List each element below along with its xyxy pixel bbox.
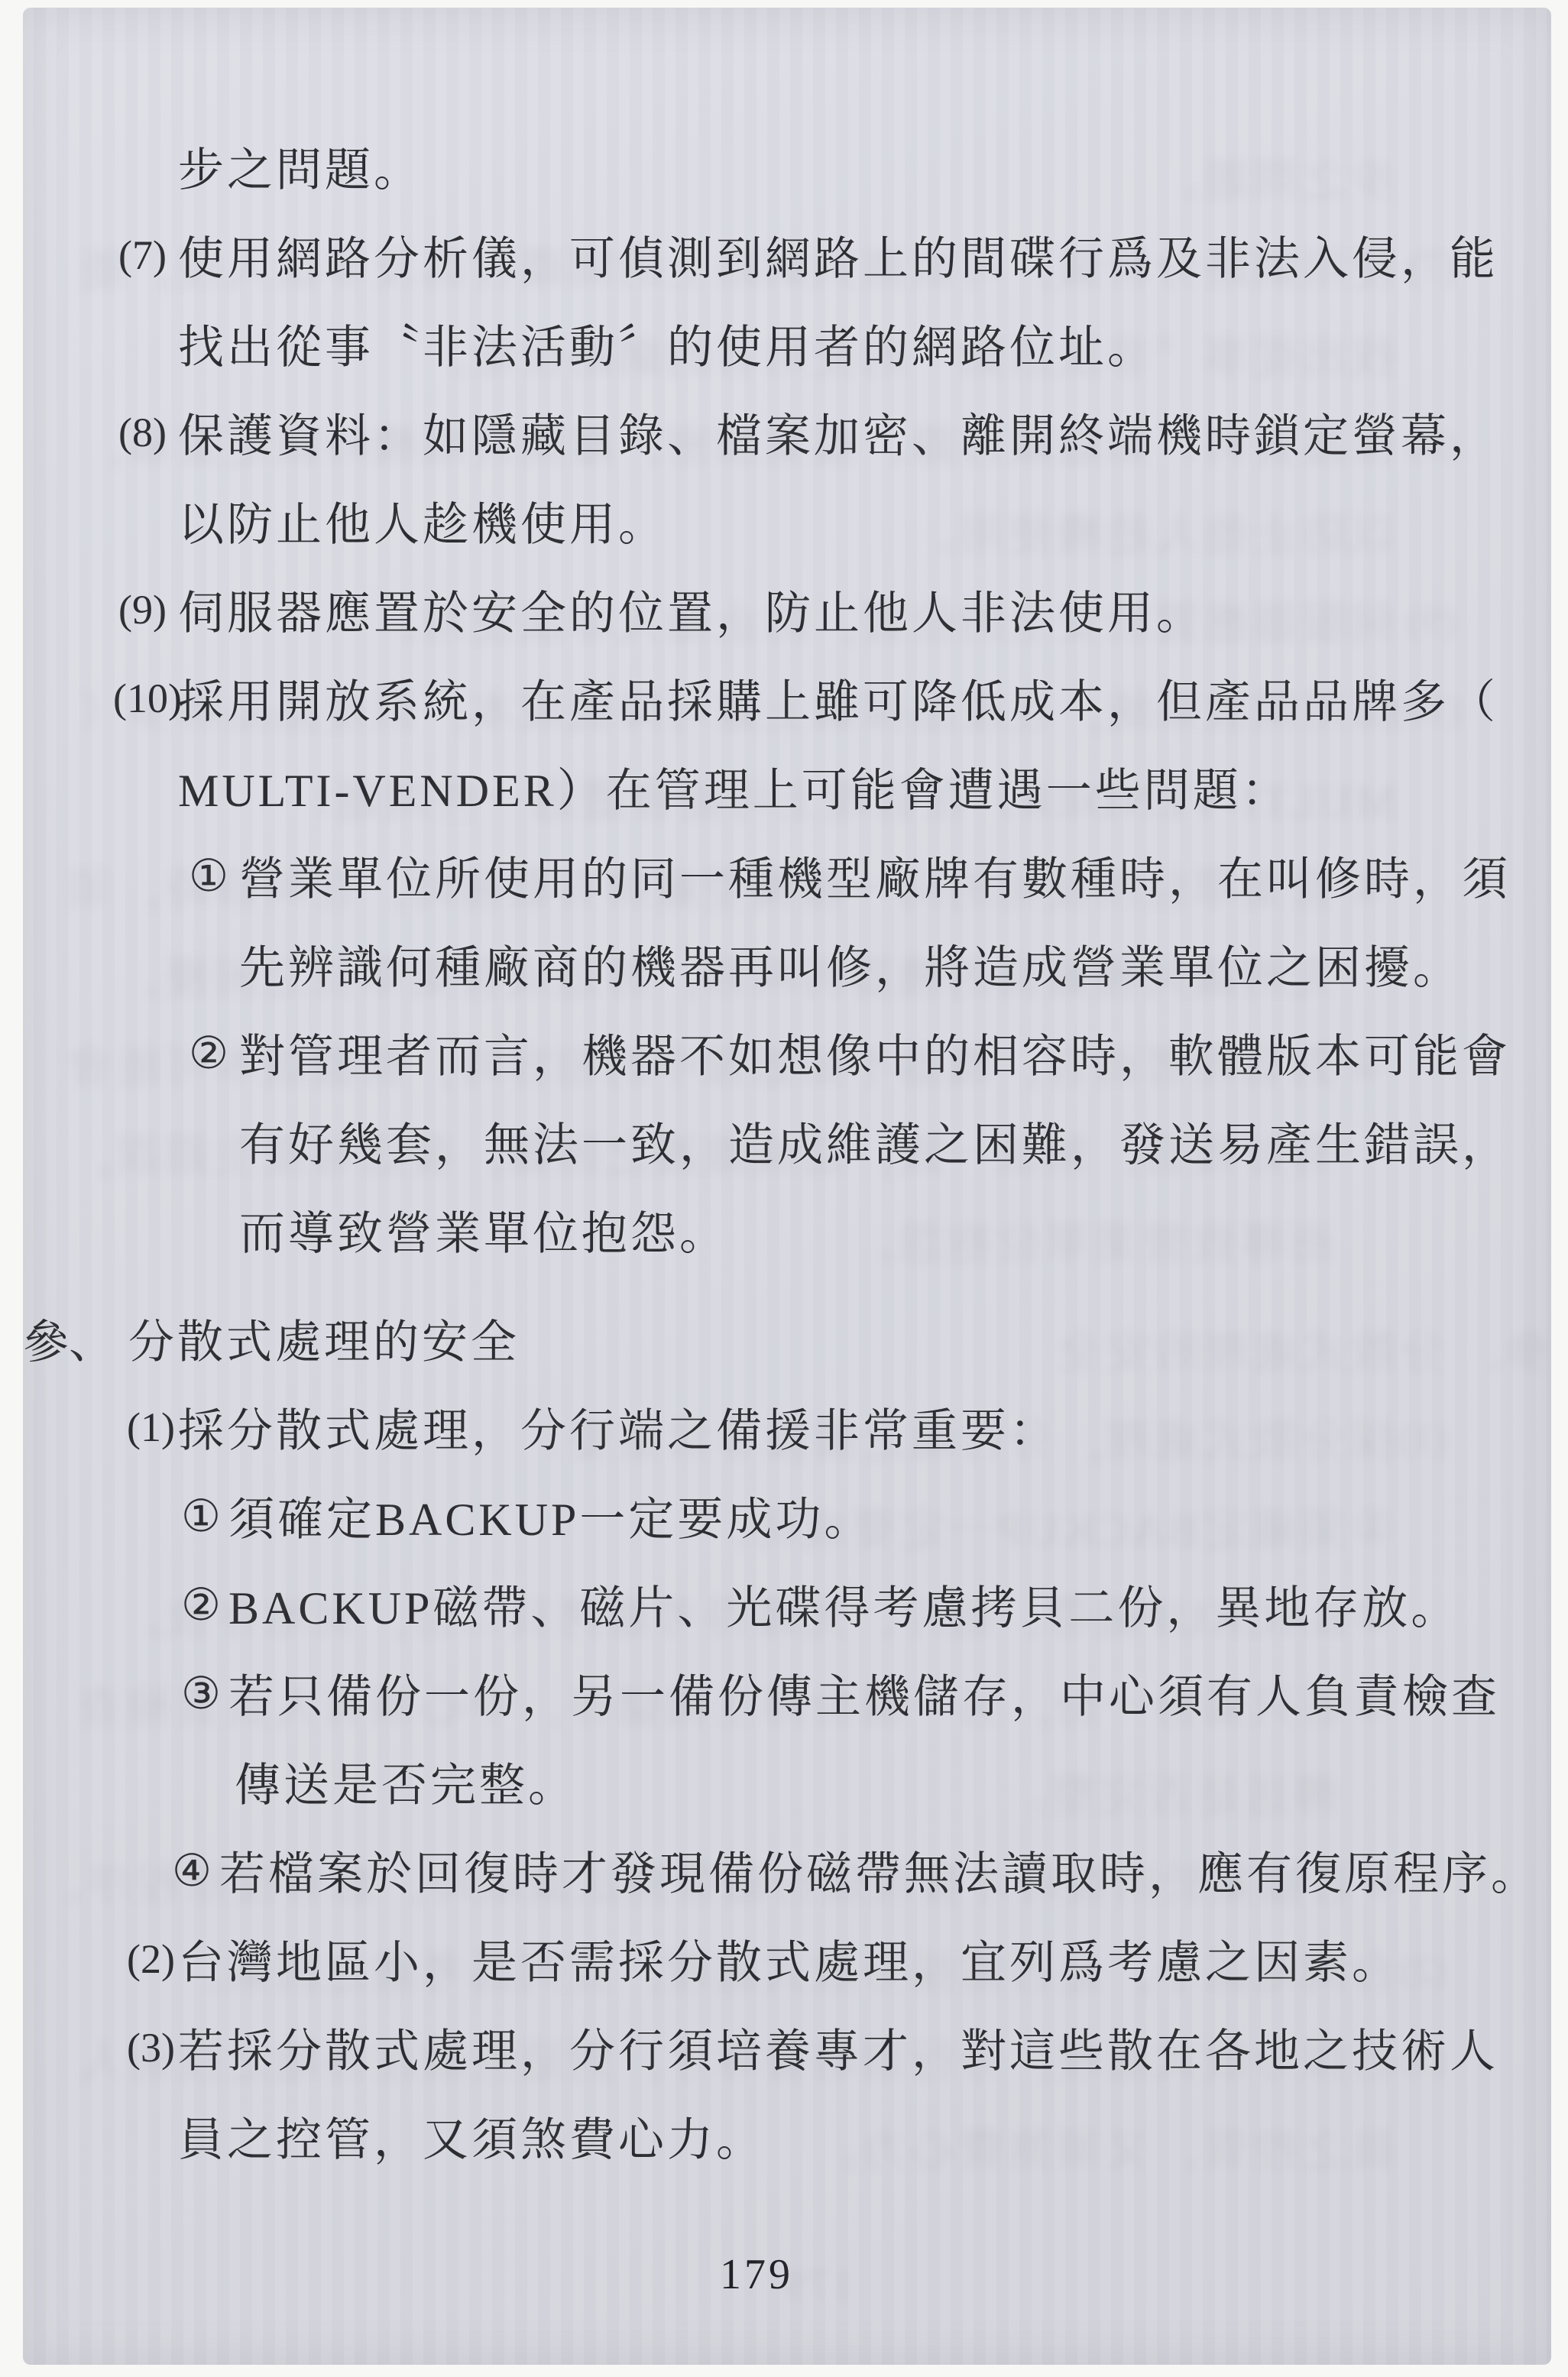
line-text: 員之控管，又須煞費心力。	[178, 2103, 765, 2169]
line-text: MULTI-VENDER）在管理上可能會遭遇一些問題：	[178, 754, 1291, 820]
text-line: ②BACKUP磁帶、磁片、光碟得考慮拷貝二份，異地存放。	[23, 1560, 1551, 1649]
text-line: ③若只備份一份，另一備份傳主機儲存，中心須有人負責檢查	[23, 1649, 1551, 1737]
text-line: 以防止他人趁機使用。	[23, 477, 1551, 565]
line-text: 步之問題。	[178, 134, 423, 199]
list-marker: (1)	[127, 1404, 178, 1451]
line-text: 保護資料：如隱藏目錄、檔案加密、離開終端機時鎖定螢幕，	[178, 400, 1498, 465]
text-line: (1)採分散式處理，分行端之備援非常重要：	[23, 1383, 1551, 1472]
text-line: ①須確定BACKUP一定要成功。	[23, 1472, 1551, 1560]
line-text: 對管理者而言，機器不如想像中的相容時，軟體版本可能會	[239, 1020, 1511, 1086]
page-content: 步之問題。(7)使用網路分析儀，可偵測到網路上的間碟行爲及非法入侵，能找出從事〝…	[23, 122, 1551, 2181]
scanned-page: 步之問題。(7)使用網路分析儀，可偵測到網路上的間碟行爲及非法入侵，能找出從事〝…	[23, 8, 1551, 2365]
list-marker: 參、	[23, 1306, 128, 1371]
line-text: 傳送是否完整。	[235, 1749, 577, 1815]
line-text: 先辨識何種廠商的機器再叫修，將造成營業單位之困擾。	[239, 931, 1462, 997]
text-line: ④若檔案於回復時才發現備份磁帶無法讀取時，應有復原程序。	[23, 1826, 1551, 1915]
text-line: (10)採用開放系統，在產品採購上雖可降低成本，但產品品牌多（	[23, 654, 1551, 743]
line-text: 使用網路分析儀，可偵測到網路上的間碟行爲及非法入侵，能	[178, 222, 1498, 288]
text-line: (3)若採分散式處理，分行須培養專才，對這些散在各地之技術人	[23, 2003, 1551, 2092]
line-text: 若檔案於回復時才發現備份磁帶無法讀取時，應有復原程序。	[219, 1838, 1540, 1903]
line-text: 分散式處理的安全	[128, 1306, 520, 1371]
text-line: (2)台灣地區小，是否需採分散式處理，宜列爲考慮之因素。	[23, 1915, 1551, 2003]
line-text: 採用開放系統，在產品採購上雖可降低成本，但產品品牌多（	[178, 665, 1498, 731]
text-line: 參、分散式處理的安全	[23, 1294, 1551, 1383]
text-line: 有好幾套，無法一致，造成維護之困難，發送易產生錯誤，	[23, 1097, 1551, 1186]
list-marker: ②	[189, 1027, 239, 1079]
line-text: 而導致營業單位抱怨。	[239, 1197, 728, 1263]
line-text: 營業單位所使用的同一種機型廠牌有數種時，在叫修時，須	[239, 843, 1511, 908]
text-line: (9)伺服器應置於安全的位置，防止他人非法使用。	[23, 565, 1551, 654]
text-line: ①營業單位所使用的同一種機型廠牌有數種時，在叫修時，須	[23, 831, 1551, 920]
text-line: 傳送是否完整。	[23, 1737, 1551, 1826]
list-marker: (8)	[118, 409, 178, 456]
list-marker: ④	[172, 1844, 219, 1896]
text-line: 員之控管，又須煞費心力。	[23, 2092, 1551, 2181]
list-marker: ①	[181, 1490, 228, 1542]
text-line: 步之問題。	[23, 122, 1551, 211]
line-text: 採分散式處理，分行端之備援非常重要：	[178, 1394, 1058, 1460]
line-text: 以防止他人趁機使用。	[178, 488, 667, 554]
list-marker: ①	[189, 850, 239, 902]
text-line: MULTI-VENDER）在管理上可能會遭遇一些問題：	[23, 743, 1551, 831]
list-marker: (7)	[118, 232, 178, 279]
line-text: BACKUP磁帶、磁片、光碟得考慮拷貝二份，異地存放。	[228, 1572, 1459, 1637]
text-line: (8)保護資料：如隱藏目錄、檔案加密、離開終端機時鎖定螢幕，	[23, 388, 1551, 477]
line-text: 有好幾套，無法一致，造成維護之困難，發送易產生錯誤，	[239, 1109, 1511, 1174]
list-marker: ②	[181, 1579, 228, 1631]
text-line: 而導致營業單位抱怨。	[23, 1186, 1551, 1274]
page-number: 179	[23, 2250, 1521, 2299]
line-text: 須確定BACKUP一定要成功。	[228, 1483, 873, 1549]
list-marker: ③	[181, 1667, 228, 1719]
list-marker: (9)	[118, 586, 178, 633]
line-text: 若採分散式處理，分行須培養專才，對這些散在各地之技術人	[178, 2015, 1498, 2081]
list-marker: (2)	[127, 1935, 178, 1983]
list-marker: (10)	[113, 675, 178, 722]
text-line: (7)使用網路分析儀，可偵測到網路上的間碟行爲及非法入侵，能	[23, 211, 1551, 300]
text-line: 先辨識何種廠商的機器再叫修，將造成營業單位之困擾。	[23, 920, 1551, 1009]
line-text: 找出從事〝非法活動〞的使用者的網路位址。	[178, 311, 1156, 377]
line-text: 台灣地區小，是否需採分散式處理，宜列爲考慮之因素。	[178, 1926, 1401, 1992]
line-text: 若只備份一份，另一備份傳主機儲存，中心須有人負責檢查	[228, 1660, 1500, 1726]
text-line: 找出從事〝非法活動〞的使用者的網路位址。	[23, 300, 1551, 388]
text-line: ②對管理者而言，機器不如想像中的相容時，軟體版本可能會	[23, 1009, 1551, 1097]
line-text: 伺服器應置於安全的位置，防止他人非法使用。	[178, 577, 1205, 643]
list-marker: (3)	[127, 2024, 178, 2071]
